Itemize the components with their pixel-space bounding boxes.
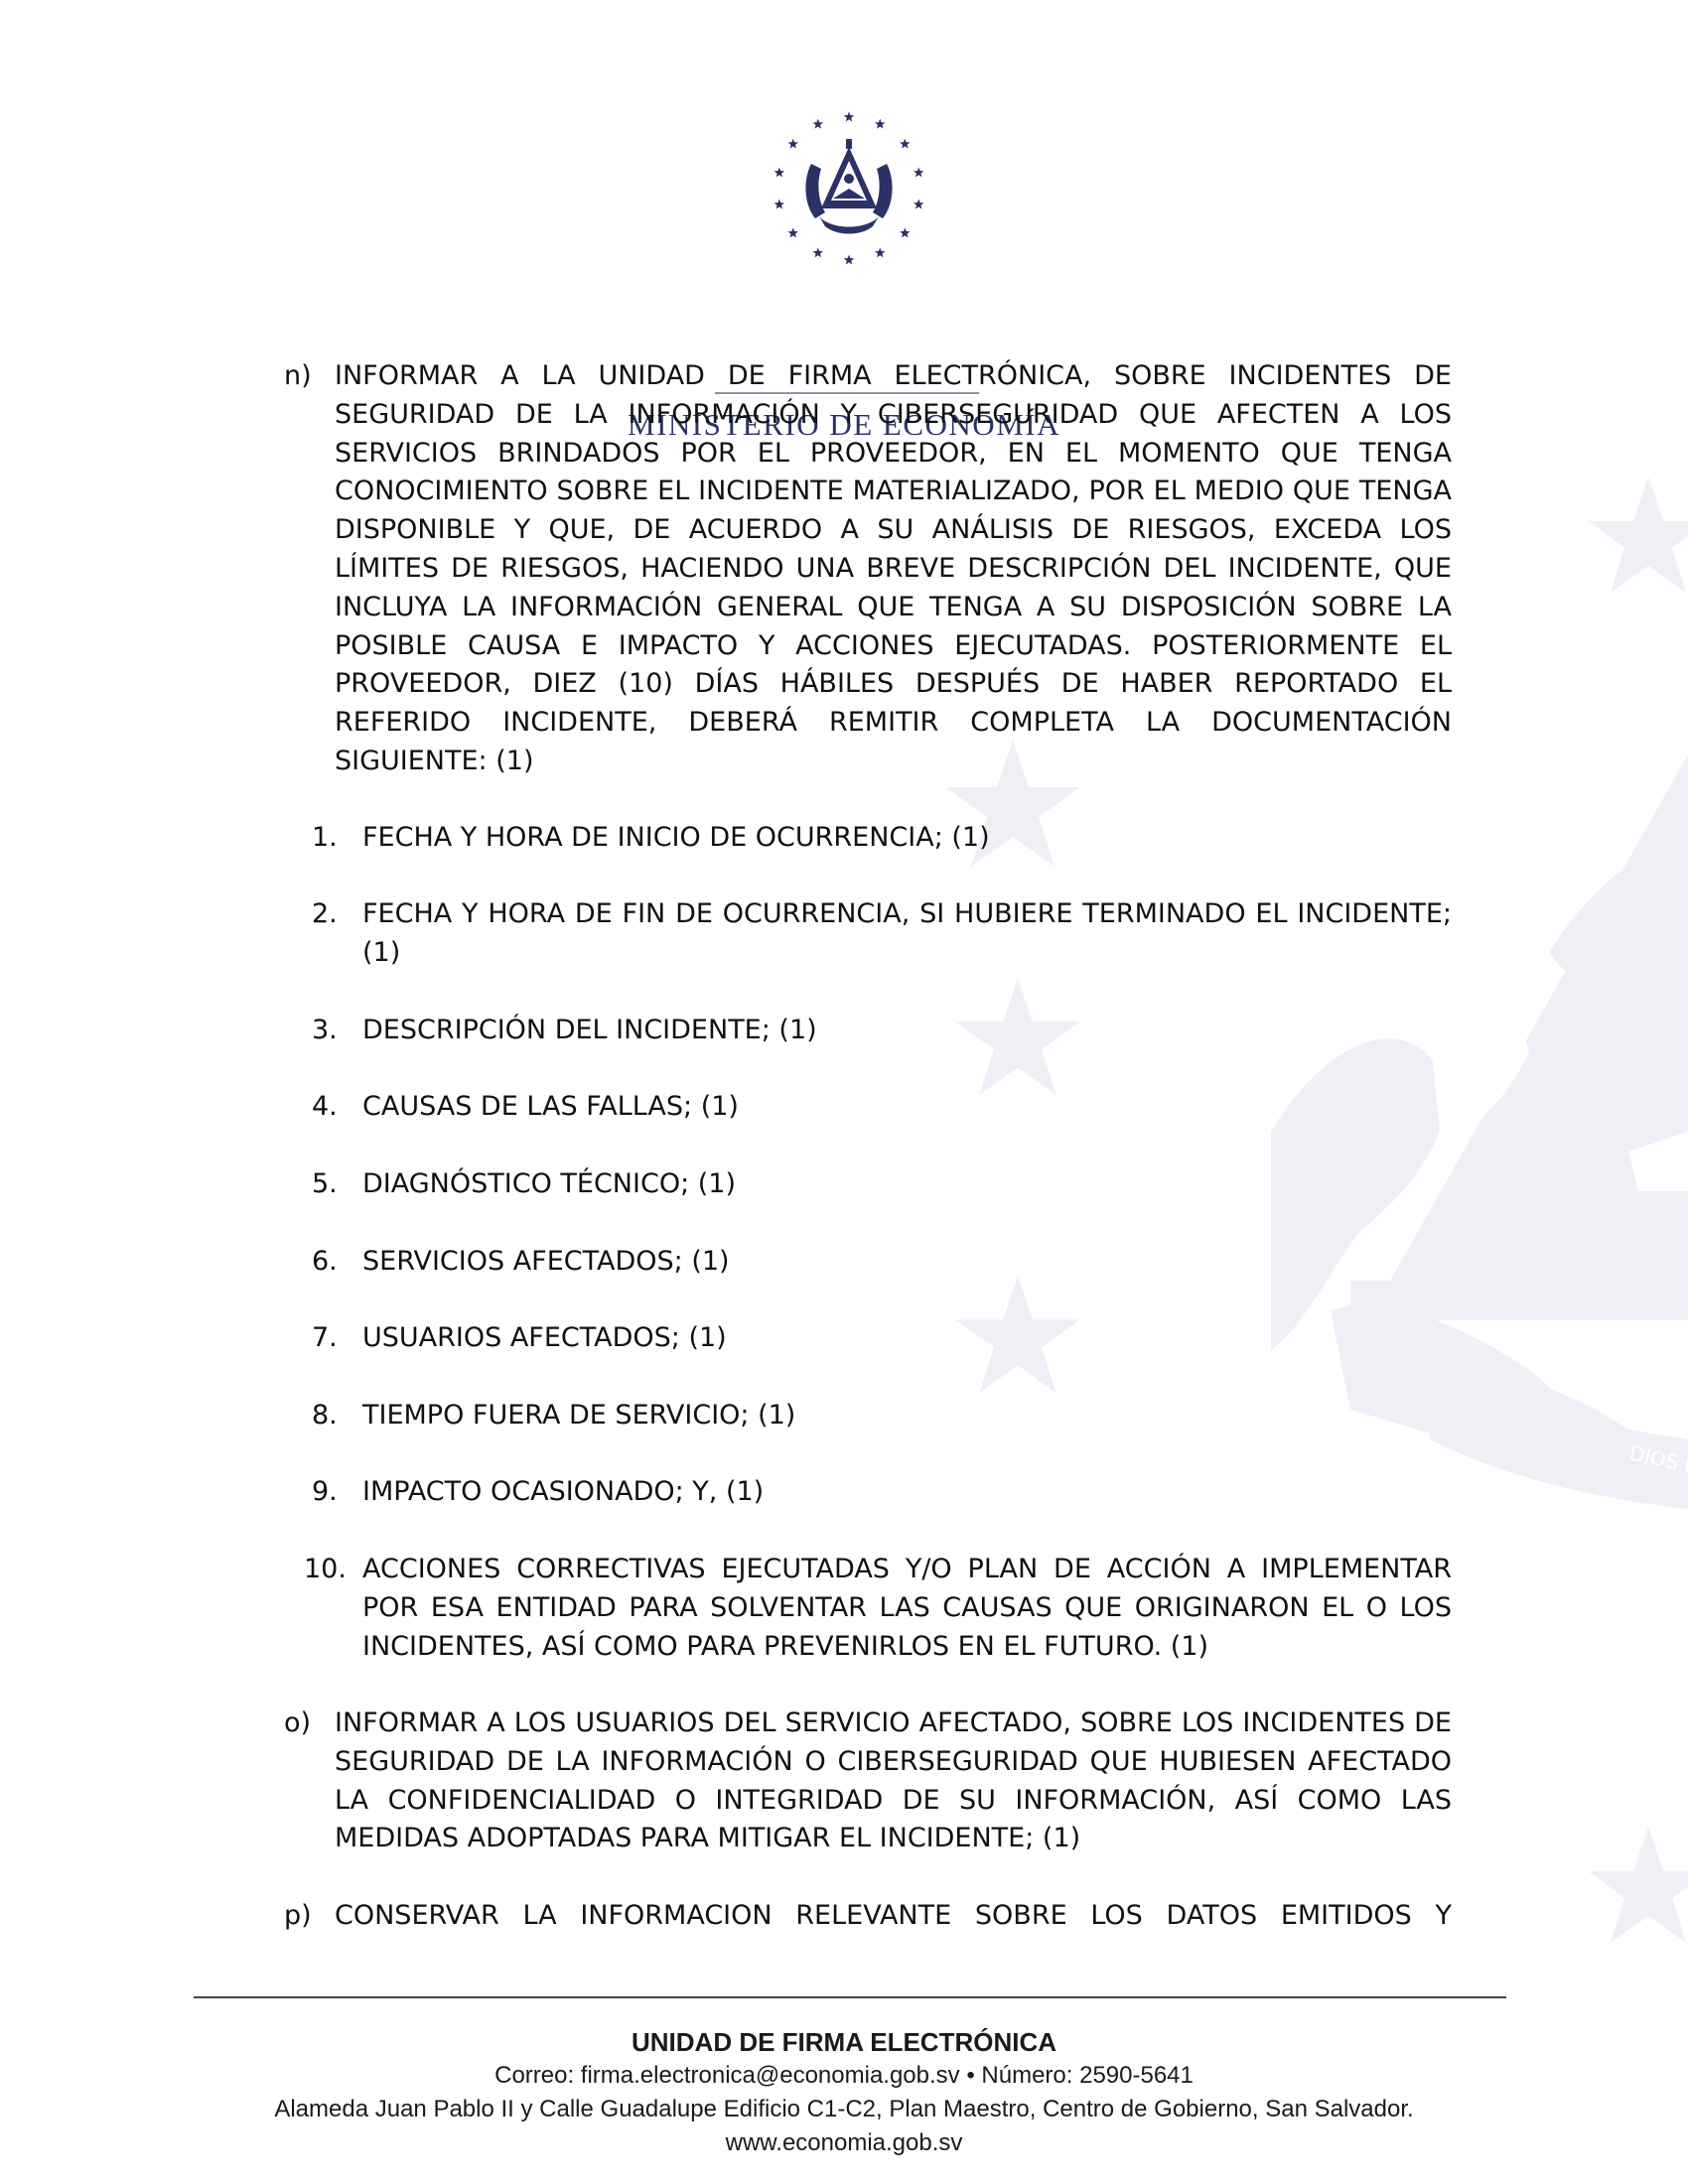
item-text: FECHA Y HORA DE FIN DE OCURRENCIA, SI HU… [362, 898, 1452, 968]
item-number: 5. [312, 1165, 338, 1204]
letterhead: MINISTERIO DE ECONOMÍA [0, 109, 1688, 338]
item-text: IMPACTO OCASIONADO; Y, (1) [362, 1476, 764, 1507]
list-item: 2.FECHA Y HORA DE FIN DE OCURRENCIA, SI … [284, 895, 1452, 973]
clause-n: n) INFORMAR A LA UNIDAD DE FIRMA ELECTRÓ… [284, 357, 1452, 1666]
list-item: 5.DIAGNÓSTICO TÉCNICO; (1) [284, 1165, 1452, 1204]
item-number: 1. [312, 819, 338, 858]
item-text: ACCIONES CORRECTIVAS EJECUTADAS Y/O PLAN… [362, 1554, 1452, 1662]
item-text: DESCRIPCIÓN DEL INCIDENTE; (1) [362, 1015, 817, 1045]
item-text: TIEMPO FUERA DE SERVICIO; (1) [362, 1400, 795, 1431]
required-documentation-list: 1.FECHA Y HORA DE INICIO DE OCURRENCIA; … [335, 819, 1452, 1667]
clause-p: p) CONSERVAR LA INFORMACION RELEVANTE SO… [284, 1897, 1452, 1936]
item-text: CAUSAS DE LAS FALLAS; (1) [362, 1091, 739, 1122]
document-page: DIOS UNION MINIST [0, 0, 1688, 2184]
list-item: 9.IMPACTO OCASIONADO; Y, (1) [284, 1473, 1452, 1512]
item-number: 7. [312, 1319, 338, 1358]
item-number: 9. [312, 1473, 338, 1512]
clause-marker: p) [284, 1897, 312, 1936]
item-text: FECHA Y HORA DE INICIO DE OCURRENCIA; (1… [362, 822, 990, 853]
item-text: DIAGNÓSTICO TÉCNICO; (1) [362, 1168, 736, 1199]
list-item: 6.SERVICIOS AFECTADOS; (1) [284, 1243, 1452, 1282]
list-item: 7.USUARIOS AFECTADOS; (1) [284, 1319, 1452, 1358]
item-number: 10. [304, 1551, 347, 1589]
item-number: 4. [312, 1088, 338, 1127]
clause-marker: n) [284, 357, 312, 396]
clause-text: INFORMAR A LOS USUARIOS DEL SERVICIO AFE… [335, 1705, 1452, 1858]
clause-text: INFORMAR A LA UNIDAD DE FIRMA ELECTRÓNIC… [335, 357, 1452, 781]
footer-unit-name: UNIDAD DE FIRMA ELECTRÓNICA [0, 2025, 1688, 2059]
letterhead-footer: UNIDAD DE FIRMA ELECTRÓNICA Correo: firm… [0, 2025, 1688, 2160]
item-number: 2. [312, 895, 338, 934]
document-body: n) INFORMAR A LA UNIDAD DE FIRMA ELECTRÓ… [284, 357, 1452, 1936]
item-number: 3. [312, 1012, 338, 1050]
el-salvador-coat-of-arms-with-stars-icon [770, 109, 928, 268]
item-text: SERVICIOS AFECTADOS; (1) [362, 1246, 730, 1277]
footer-address: Alameda Juan Pablo II y Calle Guadalupe … [0, 2093, 1688, 2126]
list-item: 8.TIEMPO FUERA DE SERVICIO; (1) [284, 1397, 1452, 1435]
list-item: 1.FECHA Y HORA DE INICIO DE OCURRENCIA; … [284, 819, 1452, 858]
footer-contact: Correo: firma.electronica@economia.gob.s… [0, 2059, 1688, 2093]
list-item: 4.CAUSAS DE LAS FALLAS; (1) [284, 1088, 1452, 1127]
clause-o: o) INFORMAR A LOS USUARIOS DEL SERVICIO … [284, 1705, 1452, 1858]
item-number: 6. [312, 1243, 338, 1282]
item-number: 8. [312, 1397, 338, 1435]
clause-text: CONSERVAR LA INFORMACION RELEVANTE SOBRE… [335, 1897, 1452, 1936]
list-item: 10.ACCIONES CORRECTIVAS EJECUTADAS Y/O P… [284, 1551, 1452, 1666]
item-text: USUARIOS AFECTADOS; (1) [362, 1322, 727, 1353]
clause-marker: o) [284, 1705, 311, 1743]
footer-divider [194, 1996, 1506, 1998]
list-item: 3.DESCRIPCIÓN DEL INCIDENTE; (1) [284, 1012, 1452, 1050]
footer-website[interactable]: www.economia.gob.sv [0, 2126, 1688, 2160]
